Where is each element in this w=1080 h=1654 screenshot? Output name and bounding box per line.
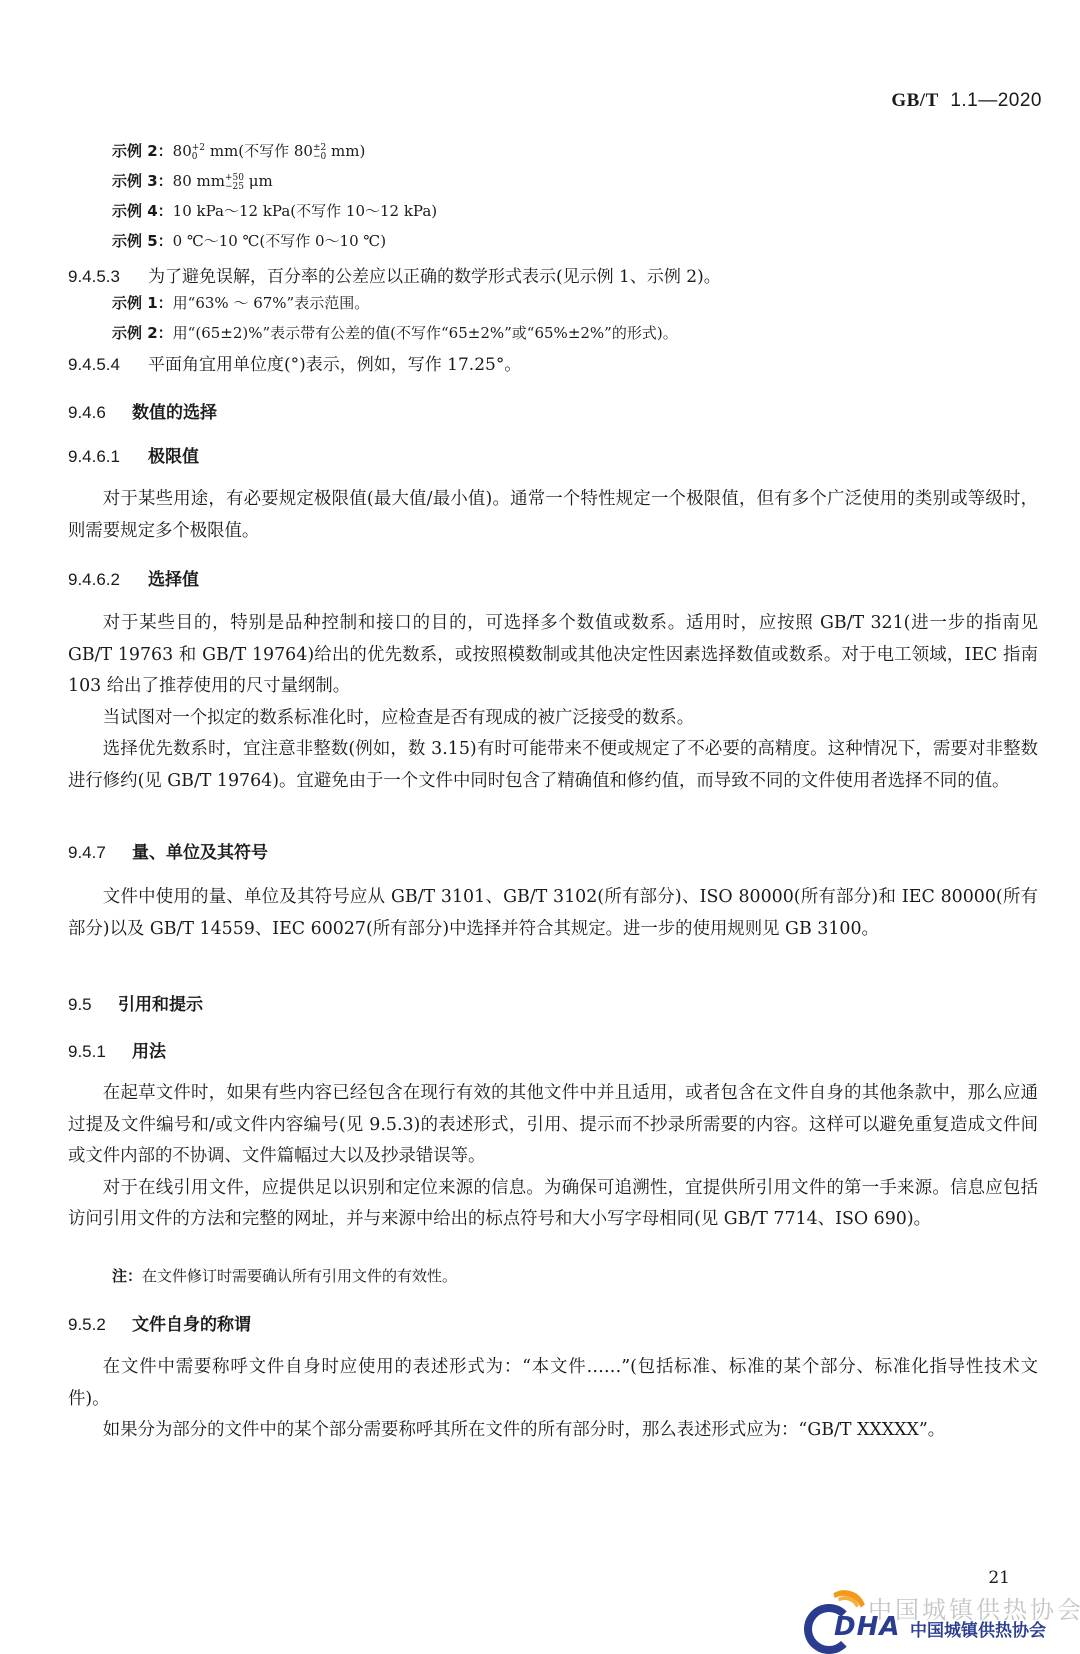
paragraph-block-quantities-units: 文件中使用的量、单位及其符号应从 GB/T 3101、GB/T 3102(所有部…	[68, 882, 1038, 945]
example-label: 示例 3：	[112, 172, 173, 190]
tolerance: +50−25	[225, 174, 244, 192]
example-3-tolerance: 示例 3：80 mm+50−25 μm	[112, 170, 273, 192]
paragraph: 对于某些目的，特别是品种控制和接口的目的，可选择多个数值或数系。适用时，应按照 …	[68, 608, 1038, 703]
clause-number: 9.4.5.3	[68, 267, 148, 287]
section-heading-9-4-6: 9.4.6数值的选择	[68, 398, 217, 423]
example-text: mm)	[326, 142, 365, 160]
standard-prefix: GB/T	[891, 90, 938, 111]
example-text: 用“(65±2)%”表示带有公差的值(不写作“65±2%”或“65%±2%”的形…	[173, 324, 678, 342]
section-heading-9-5: 9.5引用和提示	[68, 990, 203, 1015]
tolerance: +20	[192, 144, 205, 162]
example-label: 示例 2：	[112, 324, 173, 342]
clause-9-4-5-3: 9.4.5.3为了避免误解，百分率的公差应以正确的数学形式表示(见示例 1、示例…	[68, 262, 721, 287]
paragraph: 对于在线引用文件，应提供足以识别和定位来源的信息。为确保可追溯性，宜提供所引用文…	[68, 1173, 1038, 1236]
note: 注：在文件修订时需要确认所有引用文件的有效性。	[112, 1265, 457, 1286]
section-heading-9-5-2: 9.5.2文件自身的称谓	[68, 1310, 251, 1335]
example-text: 0 ℃～10 ℃(不写作 0～10 ℃)	[173, 232, 386, 250]
example-text: μm	[244, 172, 273, 190]
section-heading-9-4-6-2: 9.4.6.2选择值	[68, 565, 199, 590]
tolerance: ±2−0	[313, 144, 326, 162]
section-title: 选择值	[148, 570, 199, 590]
cdha-logo: 中国城镇供热协会 DHA 中国城镇供热协会	[800, 1588, 1050, 1648]
section-number: 9.5.2	[68, 1315, 132, 1335]
paragraph: 当试图对一个拟定的数系标准化时，应检查是否有现成的被广泛接受的数系。	[68, 703, 1038, 735]
section-heading-9-4-6-1: 9.4.6.1极限值	[68, 442, 199, 467]
example-text: 80	[173, 142, 192, 160]
clause-number: 9.4.5.4	[68, 355, 148, 375]
percent-example-2: 示例 2：用“(65±2)%”表示带有公差的值(不写作“65±2%”或“65%±…	[112, 322, 678, 343]
section-title: 极限值	[148, 447, 199, 467]
example-text: mm(不写作 80	[205, 142, 313, 160]
standard-number: 1.1—2020	[950, 90, 1042, 111]
section-number: 9.4.7	[68, 843, 132, 863]
example-label: 示例 4：	[112, 202, 173, 220]
section-number: 9.4.6.1	[68, 447, 148, 467]
clause-9-4-5-4: 9.4.5.4平面角宜用单位度(°)表示，例如，写作 17.25°。	[68, 350, 521, 375]
paragraph-block-self-reference: 在文件中需要称呼文件自身时应使用的表述形式为：“本文件……”(包括标准、标准的某…	[68, 1352, 1038, 1447]
section-title: 量、单位及其符号	[132, 843, 268, 863]
paragraph: 对于某些用途，有必要规定极限值(最大值/最小值)。通常一个特性规定一个极限值，但…	[68, 484, 1038, 547]
percent-example-1: 示例 1：用“63% ～ 67%”表示范围。	[112, 292, 369, 313]
standard-code-header: GB/T 1.1—2020	[891, 90, 1042, 112]
example-4-range: 示例 4：10 kPa～12 kPa(不写作 10～12 kPa)	[112, 200, 437, 221]
section-title: 引用和提示	[118, 995, 203, 1015]
example-label: 示例 1：	[112, 294, 173, 312]
paragraph-block-usage: 在起草文件时，如果有些内容已经包含在现行有效的其他文件中并且适用，或者包含在文件…	[68, 1078, 1038, 1236]
paragraph: 在起草文件时，如果有些内容已经包含在现行有效的其他文件中并且适用，或者包含在文件…	[68, 1078, 1038, 1173]
page-number: 21	[988, 1568, 1010, 1588]
section-number: 9.5.1	[68, 1042, 132, 1062]
example-2-tolerance: 示例 2：80+20 mm(不写作 80±2−0 mm)	[112, 140, 365, 162]
example-text: 10 kPa～12 kPa(不写作 10～12 kPa)	[173, 202, 437, 220]
clause-text: 平面角宜用单位度(°)表示，例如，写作 17.25°。	[148, 355, 521, 375]
note-label: 注：	[112, 1267, 142, 1285]
section-heading-9-5-1: 9.5.1用法	[68, 1037, 166, 1062]
section-number: 9.4.6.2	[68, 570, 148, 590]
logo-text: DHA	[834, 1612, 900, 1642]
clause-text: 为了避免误解，百分率的公差应以正确的数学形式表示(见示例 1、示例 2)。	[148, 267, 721, 287]
paragraph-block-selected-values: 对于某些目的，特别是品种控制和接口的目的，可选择多个数值或数系。适用时，应按照 …	[68, 608, 1038, 797]
example-text: 80 mm	[173, 172, 225, 190]
section-number: 9.5	[68, 995, 118, 1015]
section-title: 数值的选择	[132, 403, 217, 423]
section-title: 用法	[132, 1042, 166, 1062]
paragraph: 在文件中需要称呼文件自身时应使用的表述形式为：“本文件……”(包括标准、标准的某…	[68, 1352, 1038, 1415]
note-text: 在文件修订时需要确认所有引用文件的有效性。	[142, 1267, 457, 1285]
paragraph: 文件中使用的量、单位及其符号应从 GB/T 3101、GB/T 3102(所有部…	[68, 882, 1038, 945]
paragraph-block-limit-values: 对于某些用途，有必要规定极限值(最大值/最小值)。通常一个特性规定一个极限值，但…	[68, 484, 1038, 547]
section-number: 9.4.6	[68, 403, 132, 423]
logo-org-name: 中国城镇供热协会	[910, 1616, 1046, 1641]
paragraph: 如果分为部分的文件中的某个部分需要称呼其所在文件的所有部分时，那么表述形式应为：…	[68, 1415, 1038, 1447]
example-5-range: 示例 5：0 ℃～10 ℃(不写作 0～10 ℃)	[112, 230, 386, 251]
paragraph: 选择优先数系时，宜注意非整数(例如，数 3.15)有时可能带来不便或规定了不必要…	[68, 734, 1038, 797]
example-label: 示例 5：	[112, 232, 173, 250]
example-label: 示例 2：	[112, 142, 173, 160]
section-heading-9-4-7: 9.4.7量、单位及其符号	[68, 838, 268, 863]
example-text: 用“63% ～ 67%”表示范围。	[173, 294, 370, 312]
section-title: 文件自身的称谓	[132, 1315, 251, 1335]
